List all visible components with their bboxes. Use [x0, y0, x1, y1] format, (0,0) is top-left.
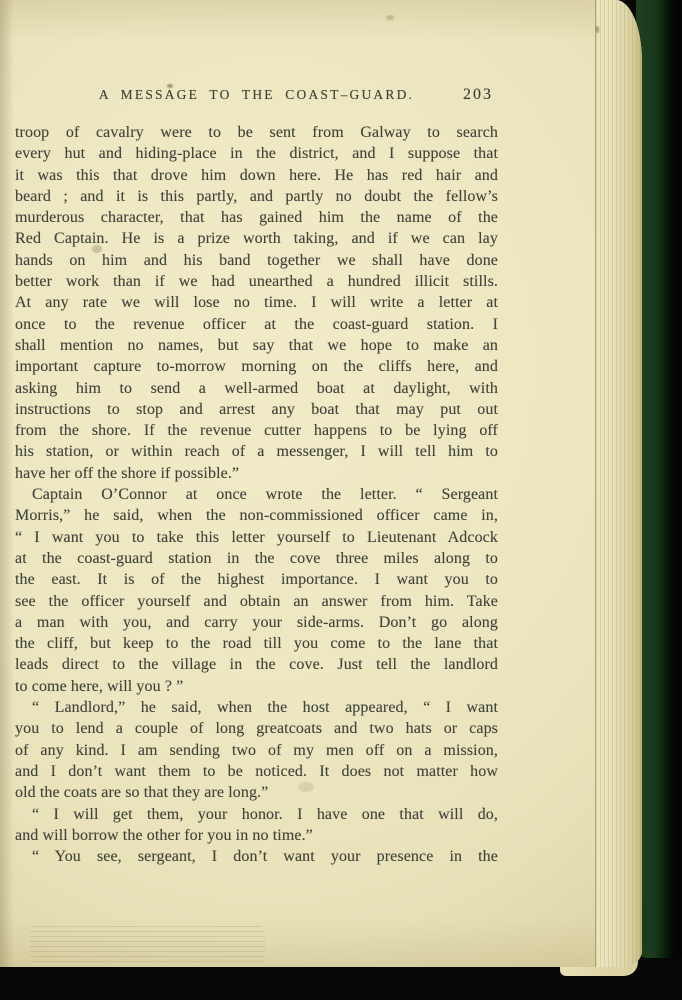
text-line: shall mention no names, but say that we …	[15, 335, 498, 356]
book-cover-edge	[636, 0, 682, 958]
text-line: a man with you, and carry your side-arms…	[15, 612, 498, 633]
page-number: 203	[463, 86, 493, 104]
page-text: troop of cavalry were to be sent from Ga…	[15, 122, 498, 867]
running-header: A MESSAGE TO THE COAST–GUARD.	[15, 87, 498, 103]
text-line: beard ; and it is this partly, and partl…	[15, 186, 498, 207]
text-line: from the shore. If the revenue cutter ha…	[15, 420, 498, 441]
book-page: A MESSAGE TO THE COAST–GUARD. 203 troop …	[0, 0, 642, 967]
text-line: “ I want you to take this letter yoursel…	[15, 527, 498, 548]
text-line: the east. It is of the highest importanc…	[15, 569, 498, 590]
page-fore-edge	[595, 0, 642, 967]
text-line: old the coats are so that they are long.…	[15, 782, 498, 803]
text-line: to come here, will you ? ”	[15, 676, 498, 697]
text-line: see the officer yourself and obtain an a…	[15, 591, 498, 612]
text-line: leads direct to the village in the cove.…	[15, 654, 498, 675]
text-line: Red Captain. He is a prize worth taking,…	[15, 228, 498, 249]
text-line: murderous character, that has gained him…	[15, 207, 498, 228]
text-line: every hut and hiding-place in the distri…	[15, 143, 498, 164]
text-line: asking him to send a well-armed boat at …	[15, 378, 498, 399]
text-line: and will borrow the other for you in no …	[15, 825, 498, 846]
text-line: instructions to stop and arrest any boat…	[15, 399, 498, 420]
text-line: “ Landlord,” he said, when the host appe…	[15, 697, 498, 718]
text-line: Morris,” he said, when the non-commissio…	[15, 505, 498, 526]
text-line: the cliff, but keep to the road till you…	[15, 633, 498, 654]
text-line: have her off the shore if possible.”	[15, 463, 498, 484]
text-line: better work than if we had unearthed a h…	[15, 271, 498, 292]
text-line: it was this that drove him down here. He…	[15, 165, 498, 186]
paper-stain	[596, 26, 599, 33]
book-scan: A MESSAGE TO THE COAST–GUARD. 203 troop …	[0, 0, 682, 1000]
text-line: once to the revenue officer at the coast…	[15, 314, 498, 335]
text-line: you to lend a couple of long greatcoats …	[15, 718, 498, 739]
text-line: and I don’t want them to be noticed. It …	[15, 761, 498, 782]
text-line: at the coast-guard station in the cove t…	[15, 548, 498, 569]
text-line: “ I will get them, your honor. I have on…	[15, 804, 498, 825]
text-line: troop of cavalry were to be sent from Ga…	[15, 122, 498, 143]
text-line: Captain O’Connor at once wrote the lette…	[15, 484, 498, 505]
text-line: hands on him and his band together we sh…	[15, 250, 498, 271]
text-line: “ You see, sergeant, I don’t want your p…	[15, 846, 498, 867]
paper-stain	[386, 15, 394, 20]
text-line: of any kind. I am sending two of my men …	[15, 740, 498, 761]
text-line: At any rate we will lose no time. I will…	[15, 292, 498, 313]
text-line: important capture to-morrow morning on t…	[15, 356, 498, 377]
text-line: his station, or within reach of a messen…	[15, 441, 498, 462]
bottom-page-edges	[30, 926, 265, 964]
